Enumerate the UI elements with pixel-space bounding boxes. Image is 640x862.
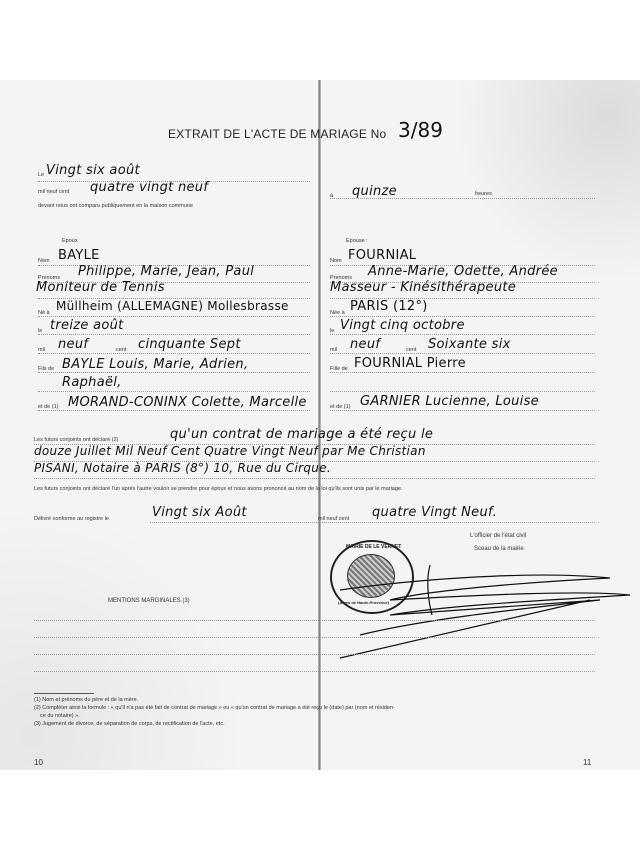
stamp-top-text: MAIRIE DE LE VERNET	[346, 544, 401, 550]
bride-birth-year-2: Soixante six	[428, 337, 511, 352]
groom-birth-date: treize août	[50, 318, 124, 333]
page-number-right: 11	[583, 758, 591, 767]
groom-birthplace: Müllheim (ALLEMAGNE) Mollesbrasse	[56, 299, 289, 313]
bride-profession: Masseur - Kinésithérapeute	[330, 280, 516, 295]
footnote-2-cont: ce du notaire) ».	[40, 713, 80, 719]
delivery-year: quatre Vingt Neuf.	[372, 505, 497, 520]
rule	[34, 620, 595, 621]
marriage-year: quatre vingt neuf	[90, 180, 208, 195]
seal-label: Sceau de la mairie	[474, 546, 524, 552]
document-title: EXTRAIT DE L'ACTE DE MARIAGE No	[168, 127, 386, 141]
label-heures: heures	[475, 191, 492, 197]
rule	[330, 316, 595, 317]
footnote-2: (2) Compléter ainsi la formule : « qu'il…	[34, 705, 395, 711]
label-le: Le	[38, 172, 44, 178]
groom-prenoms: Philippe, Marie, Jean, Paul	[78, 264, 254, 279]
rule	[34, 654, 595, 655]
footnote-1: (1) Nom et prénoms du père et de la mère…	[34, 697, 138, 703]
groom-birth-year-1: neuf	[58, 337, 88, 352]
marginal-mentions-label: MENTIONS MARGINALES (3)	[108, 598, 190, 604]
delivery-label: Délivré conforme au registre le	[34, 516, 109, 522]
rule	[38, 372, 310, 373]
groom-father: BAYLE Louis, Marie, Adrien, Raphaël,	[62, 356, 312, 392]
contract-line-1: qu'un contrat de mariage a été reçu le	[170, 427, 433, 442]
rule	[38, 353, 310, 354]
bride-section-label: Epouse :	[346, 238, 368, 244]
rule	[34, 478, 595, 479]
contract-line-2: douze Juillet Mil Neuf Cent Quatre Vingt…	[34, 444, 426, 458]
appearance-text: devant nous ont comparu publiquement en …	[38, 203, 193, 209]
groom-nom: BAYLE	[58, 248, 100, 263]
delivery-date: Vingt six Août	[152, 505, 247, 520]
marriage-day-month: Vingt six août	[46, 163, 140, 178]
rule	[34, 637, 595, 638]
rule	[330, 372, 595, 373]
page-number-left: 10	[34, 758, 43, 767]
officer-label: L'officier de l'état civil	[470, 533, 526, 539]
groom-birth-year-2: cinquante Sept	[138, 337, 241, 352]
label-mil-neuf-cent: mil neuf cent	[38, 189, 69, 195]
groom-section-label: Epoux	[62, 238, 78, 244]
rule	[38, 316, 310, 317]
bride-birth-date: Vingt cinq octobre	[340, 318, 465, 333]
bride-mother: GARNIER Lucienne, Louise	[360, 394, 539, 409]
rule	[150, 522, 595, 523]
bride-father: FOURNIAL Pierre	[354, 356, 466, 371]
bride-birthplace: PARIS (12°)	[350, 299, 428, 314]
rule	[330, 410, 595, 411]
contract-line-3: PISANI, Notaire à PARIS (8°) 10, Rue du …	[34, 461, 331, 475]
contract-label: Les futurs conjoints ont déclaré (2)	[34, 437, 118, 443]
groom-profession: Moniteur de Tennis	[36, 280, 165, 295]
bride-birth-year-1: neuf	[350, 337, 380, 352]
rule	[38, 410, 310, 411]
page-fold	[318, 80, 321, 770]
rule	[330, 391, 595, 392]
rule	[330, 353, 595, 354]
bride-prenoms: Anne-Marie, Odette, Andrée	[368, 264, 558, 279]
rule	[34, 671, 595, 672]
label-nom: Nom	[38, 258, 50, 264]
bride-nom: FOURNIAL	[348, 248, 416, 263]
declaration-text: Les futurs conjoints ont déclaré l'un ap…	[34, 485, 599, 494]
signature-scribble	[330, 560, 640, 660]
rule	[38, 391, 310, 392]
rule	[330, 198, 595, 199]
label-nom: Nom	[330, 258, 342, 264]
footnote-3: (3) Jugement de divorce, de séparation d…	[34, 721, 225, 727]
footnote-divider	[34, 693, 94, 694]
act-number: 3/89	[398, 118, 443, 142]
rule	[330, 334, 595, 335]
marriage-hour: quinze	[352, 184, 397, 199]
rule	[38, 334, 310, 335]
